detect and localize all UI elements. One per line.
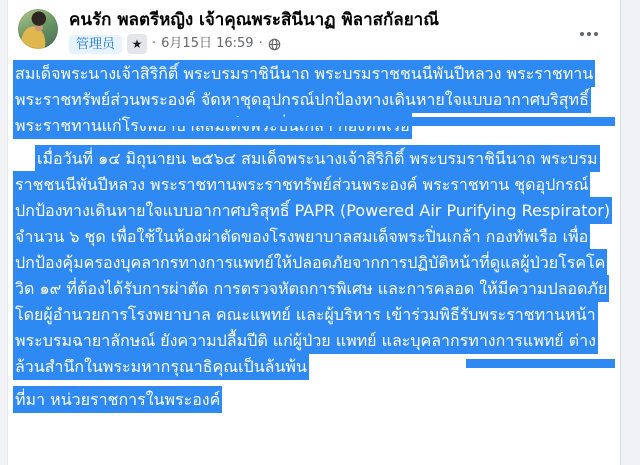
profile-picture[interactable] (18, 9, 58, 49)
header-text: คนรัก พลตรีหญิง เจ้าคุณพระสินีนาฏ พิลาสก… (69, 9, 439, 54)
post-paragraph-2: เมื่อวันที่ ๑๔ มิถุนายน ๒๕๖๔ สมเด็จพระนา… (13, 146, 615, 380)
admin-badge: 管理员 (69, 35, 122, 54)
selection-highlight-bridge (466, 359, 615, 368)
more-options-icon (587, 32, 591, 36)
post-paragraph-1: สมเด็จพระนางเจ้าสิริกิติ์ พระบรมราชินีนา… (13, 61, 615, 139)
star-icon: ★ (132, 38, 143, 50)
more-options-icon (594, 32, 598, 36)
post-card: คนรัก พลตรีหญิง เจ้าคุณพระสินีนาฏ พิลาสก… (7, 0, 621, 465)
more-options-button[interactable] (576, 24, 602, 44)
more-options-icon (580, 32, 584, 36)
post-meta-row: 管理员 ★ · 6月15日 16:59 · (69, 34, 439, 54)
globe-icon (268, 38, 281, 51)
separator-dot: · (259, 34, 263, 54)
post-timestamp[interactable]: 6月15日 16:59 (161, 34, 253, 54)
selected-text: ที่มา หน่วยราชการในพระองค์ (13, 386, 222, 413)
post-source-line: ที่มา หน่วยราชการในพระองค์ (13, 387, 615, 413)
selected-text: เมื่อวันที่ ๑๔ มิถุนายน ๒๕๖๔ สมเด็จพระนา… (13, 145, 612, 380)
separator-dot: · (152, 34, 156, 54)
post-header: คนรัก พลตรีหญิง เจ้าคุณพระสินีนาฏ พิลาสก… (8, 0, 620, 58)
page-name-link[interactable]: คนรัก พลตรีหญิง เจ้าคุณพระสินีนาฏ พิลาสก… (69, 9, 439, 31)
post-text: สมเด็จพระนางเจ้าสิริกิติ์ พระบรมราชินีนา… (8, 58, 620, 413)
selected-text: สมเด็จพระนางเจ้าสิริกิติ์ พระบรมราชินีนา… (13, 60, 595, 139)
selection-highlight-bridge (141, 117, 615, 126)
star-badge: ★ (127, 34, 147, 54)
